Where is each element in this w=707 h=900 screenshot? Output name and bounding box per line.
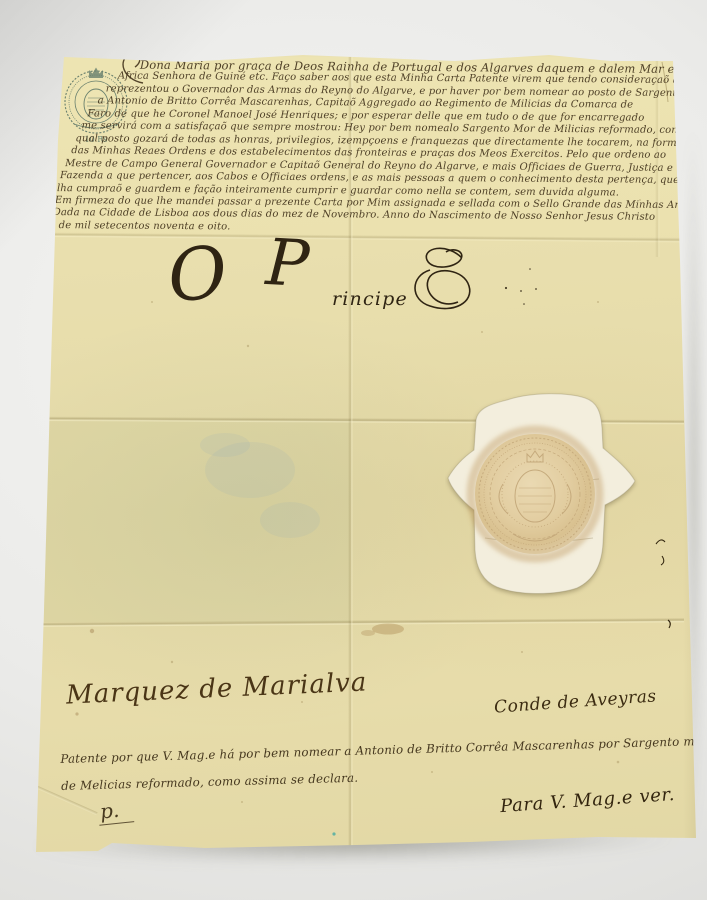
paper-tone-band-middle [44,420,350,622]
royal-signature-word: rincipe [332,288,408,310]
docket-note: Patente por que V. Mag.e há por bem nome… [60,729,671,800]
manuscript-body: Dona Maria por graça de Deos Rainha de P… [47,58,688,237]
presentation-note: Para V. Mag.e ver. [499,784,675,817]
royal-signature-initial-p: P [264,231,310,297]
royal-signature: O P rincipe [168,238,508,338]
royal-signature-initial-o: O [165,236,230,313]
signature-marquez-de-marialva: Marquez de Marialva [65,667,367,710]
seal-disc [475,434,595,554]
photo-backdrop: 10 Rs Dona Maria por graça de Deos Rainh… [0,0,707,900]
margin-ink-marks [656,540,670,628]
embossed-seal [445,388,650,606]
document-paper: 10 Rs Dona Maria por graça de Deos Rainh… [0,0,707,900]
page-mark: p. [97,796,135,826]
signature-conde-de-aveyras: Conde de Aveyras [494,686,658,717]
royal-paraph-icon [406,244,486,318]
